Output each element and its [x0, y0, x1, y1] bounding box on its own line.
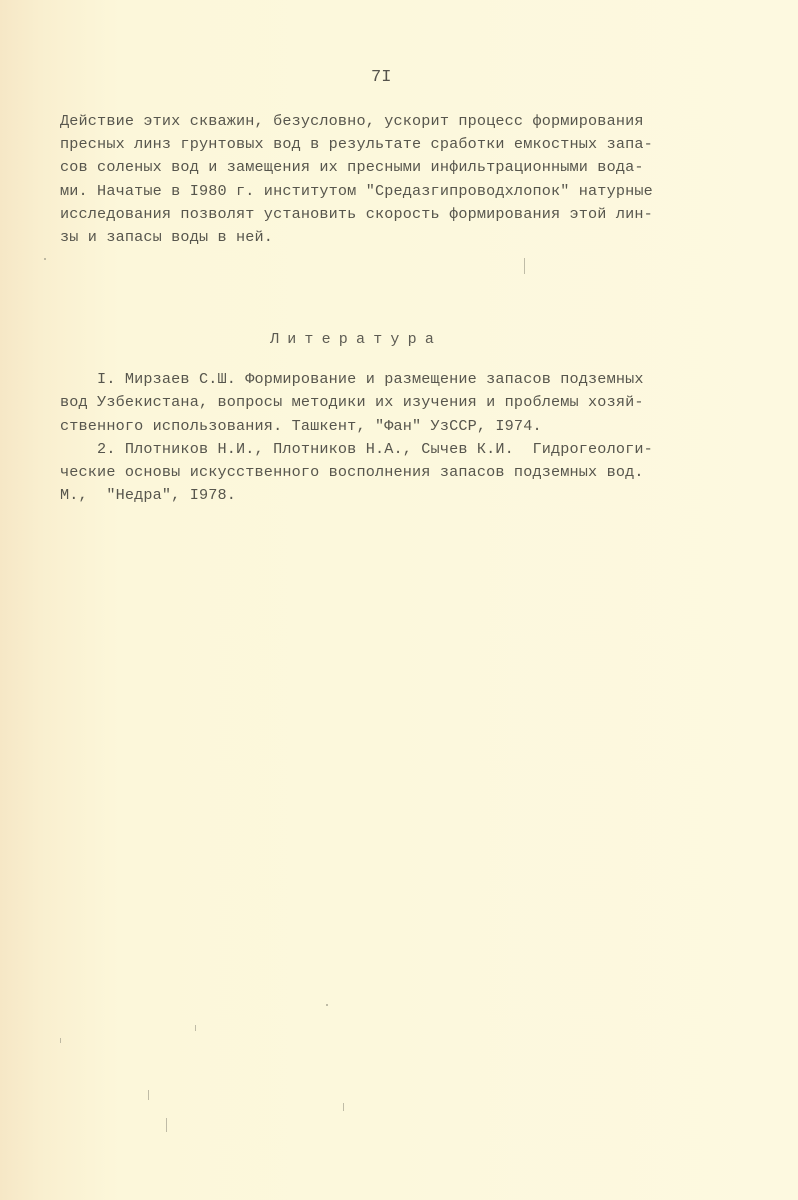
reference-line: I. Мирзаев С.Ш. Формирование и размещени…: [60, 368, 710, 391]
reference-line: 2. Плотников Н.И., Плотников Н.А., Сычев…: [60, 438, 710, 461]
paragraph-line: ми. Начатые в I980 г. институтом "Средаз…: [60, 180, 710, 203]
scan-mark: [44, 258, 46, 260]
scan-mark: [195, 1025, 196, 1031]
reference-line: ческие основы искусственного восполнения…: [60, 461, 710, 484]
paragraph-line: Действие этих скважин, безусловно, ускор…: [60, 110, 710, 133]
document-page: 7I Действие этих скважин, безусловно, ус…: [0, 0, 798, 1200]
paragraph-line: сов соленых вод и замещения их пресными …: [60, 156, 710, 179]
reference-line: ственного использования. Ташкент, "Фан" …: [60, 415, 710, 438]
paragraph-line: зы и запасы воды в ней.: [60, 226, 710, 249]
references-list: I. Мирзаев С.Ш. Формирование и размещени…: [60, 368, 710, 508]
scan-mark: [60, 1038, 61, 1043]
paragraph-line: исследования позволят установить скорост…: [60, 203, 710, 226]
scan-mark: [148, 1090, 149, 1100]
scan-mark: [166, 1118, 167, 1132]
paragraph-line: пресных линз грунтовых вод в результате …: [60, 133, 710, 156]
body-paragraph: Действие этих скважин, безусловно, ускор…: [60, 110, 710, 249]
reference-line: М., "Недра", I978.: [60, 484, 710, 507]
page-number: 7I: [371, 68, 391, 87]
scan-mark: [343, 1103, 344, 1111]
reference-item: 2. Плотников Н.И., Плотников Н.А., Сычев…: [60, 438, 710, 508]
scan-mark: [524, 258, 525, 274]
reference-line: вод Узбекистана, вопросы методики их изу…: [60, 391, 710, 414]
reference-item: I. Мирзаев С.Ш. Формирование и размещени…: [60, 368, 710, 438]
references-heading: Литература: [270, 331, 442, 348]
scan-mark: [326, 1004, 328, 1006]
